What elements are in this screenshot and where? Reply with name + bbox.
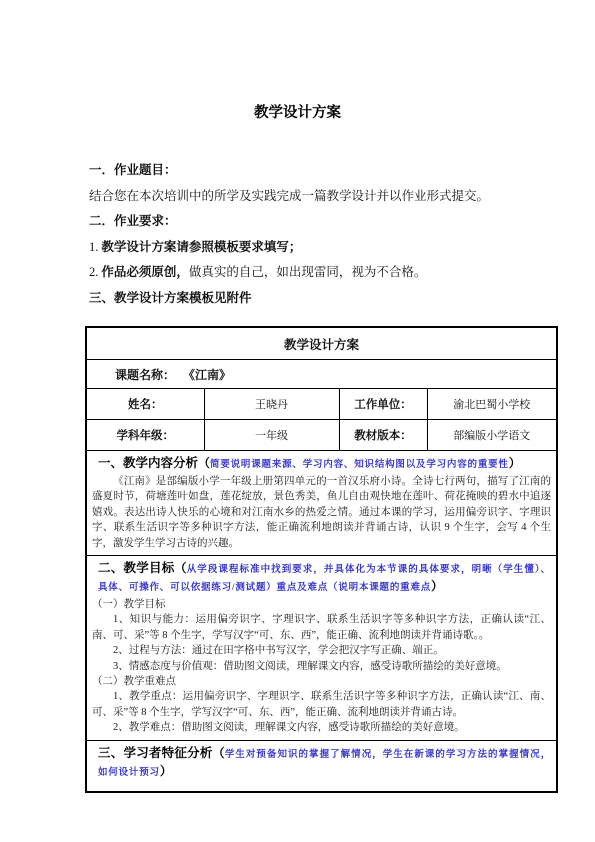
content-analysis-cell: 一、教学内容分析（简要说明课题来源、学习内容、知识结构图以及学习内容的重要性） … [86,451,557,556]
teaching-goals-heading: 二、教学目标（从学段课程标准中找到要求，并具体化为本节课的具体要求，明晰（学生懂… [88,557,555,596]
requirement-item-1: 1.教学设计方案请参照模板要求填写； [89,235,537,261]
difficult-point-item: 2、教学难点：借助图文阅读，理解课文内容，感受诗歌所描绘的美好意境。 [92,720,551,735]
table-title-cell: 教学设计方案 [86,327,557,360]
requirement-item-2: 2.作品必须原创，做真实的自己，如出现雷同，视为不合格。 [89,260,537,286]
assignment-topic-body: 结合您在本次培训中的所学及实践完成一篇教学设计并以作业形式提交。 [89,184,537,210]
content-analysis-heading: 一、教学内容分析（简要说明课题来源、学习内容、知识结构图以及学习内容的重要性） [88,452,555,473]
table-row: 学科年级： 一年级 教材版本： 部编版小学语文 [86,420,557,451]
table-row: 课题名称：《江南》 [86,360,557,389]
topic-value: 《江南》 [189,368,231,382]
edition-value: 部编版小学语文 [427,420,557,451]
requirement-1-number: 1. [89,240,101,254]
learner-analysis-heading: 三、学习者特征分析（学生对预备知识的掌握了解情况，学生在新课的学习方法的掌握情况… [88,742,555,781]
requirement-2-bold-text: 作品必须原创， [101,265,189,279]
assignment-requirements-heading: 二．作业要求： [89,209,537,235]
grade-value: 一年级 [204,420,339,451]
content-analysis-paragraph: 《江南》是部编版小学一年级上册第四单元的一首汉乐府小诗。全诗七行两句，描写了江南… [92,474,551,551]
org-value: 渝北巴蜀小学校 [427,389,557,420]
teaching-design-table: 教学设计方案 课题名称：《江南》 姓名： 王晓丹 工作单位： 渝北巴蜀小学校 学… [85,326,558,793]
requirement-2-rest-text: 做真实的自己，如出现雷同，视为不合格。 [189,265,427,279]
content-analysis-hint: 简要说明课题来源、学习内容、知识结构图以及学习内容的重要性 [210,460,509,470]
grade-label: 学科年级： [86,420,204,451]
goal-item: 3、情感态度与价值观：借助图文阅读，理解课文内容，感受诗歌所描绘的美好意境。 [92,659,551,674]
name-label: 姓名： [86,389,204,420]
paren-open: （ [175,561,187,575]
learner-analysis-cell: 三、学习者特征分析（学生对预备知识的掌握了解情况，学生在新课的学习方法的掌握情况… [86,740,557,792]
key-point-item: 1、教学重点：运用偏旁识字、字理识字、联系生活识字等多种识字方法，正确认读“江、… [92,689,551,720]
doc-title: 教学设计方案 [0,0,595,122]
paren-close: ） [160,764,172,778]
requirement-2-number: 2. [89,265,101,279]
table-row: 二、教学目标（从学段课程标准中找到要求，并具体化为本节课的具体要求，明晰（学生懂… [86,556,557,741]
teaching-goals-title: 二、教学目标 [98,561,175,575]
org-label: 工作单位： [339,389,427,420]
content-analysis-body: 《江南》是部编版小学一年级上册第四单元的一首汉乐府小诗。全诗七行两句，描写了江南… [88,473,555,554]
goal-item: 2、过程与方法：通过在田字格中书写汉字，学会把汉字写正确、端正。 [92,643,551,658]
paren-open: （ [213,746,225,760]
table-row: 一、教学内容分析（简要说明课题来源、学习内容、知识结构图以及学习内容的重要性） … [86,451,557,556]
paren-close: ） [509,456,521,470]
goal-item: 1、知识与能力：运用偏旁识字、字理识字、联系生活识字等多种识字方法，正确认读“江… [92,612,551,643]
content-analysis-title: 一、教学内容分析 [98,456,198,470]
topic-cell: 课题名称：《江南》 [86,360,557,389]
intro-section: 一．作业题目： 结合您在本次培训中的所学及实践完成一篇教学设计并以作业形式提交。… [89,158,537,311]
requirement-1-text: 教学设计方案请参照模板要求填写； [101,240,301,254]
table-row: 姓名： 王晓丹 工作单位： 渝北巴蜀小学校 [86,389,557,420]
table-row: 教学设计方案 [86,327,557,360]
template-attachment-heading: 三、教学设计方案模板见附件 [89,286,537,312]
key-points-subheading: （二）教学重难点 [92,674,551,689]
teaching-goals-body: （一）教学目标 1、知识与能力：运用偏旁识字、字理识字、联系生活识字等多种识字方… [88,596,555,739]
table-row: 三、学习者特征分析（学生对预备知识的掌握了解情况，学生在新课的学习方法的掌握情况… [86,740,557,792]
paren-close: ） [431,579,443,593]
topic-label: 课题名称： [115,368,175,382]
paren-open: （ [198,456,210,470]
document-page: 教学设计方案 一．作业题目： 结合您在本次培训中的所学及实践完成一篇教学设计并以… [0,0,595,842]
edition-label: 教材版本： [339,420,427,451]
name-value: 王晓丹 [204,389,339,420]
goals-subheading: （一）教学目标 [92,597,551,612]
learner-analysis-title: 三、学习者特征分析 [98,746,213,760]
assignment-topic-heading: 一．作业题目： [89,158,537,184]
teaching-goals-cell: 二、教学目标（从学段课程标准中找到要求，并具体化为本节课的具体要求，明晰（学生懂… [86,556,557,741]
